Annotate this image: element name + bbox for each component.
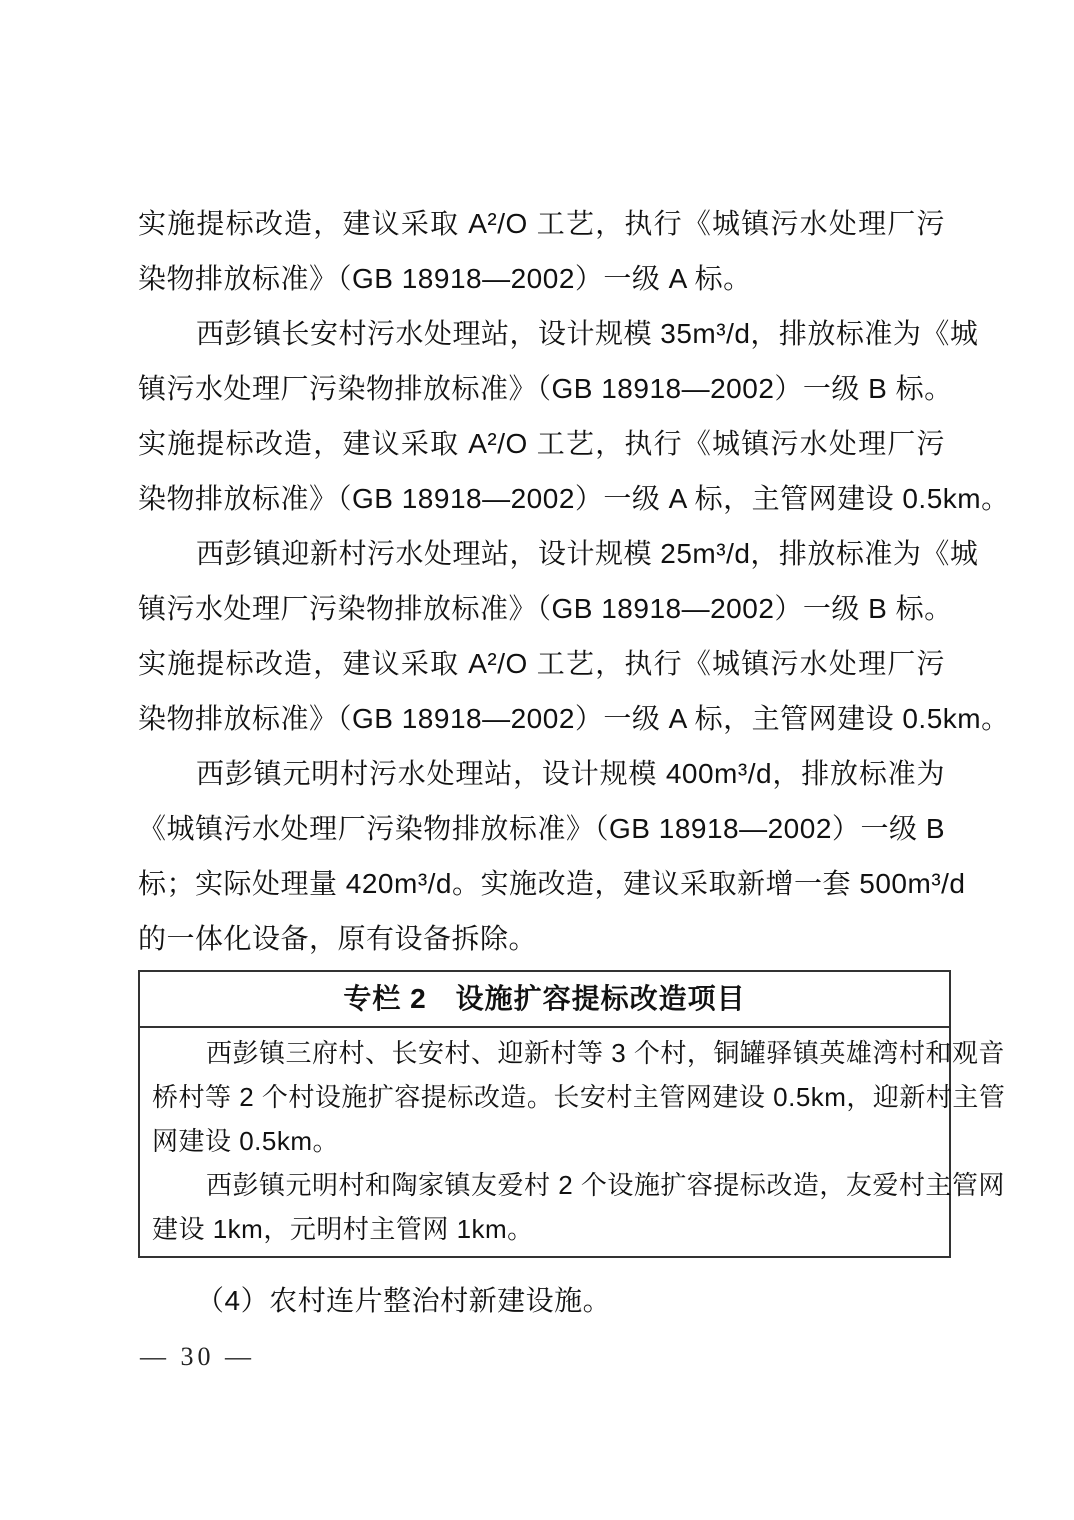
text-line: 镇污水处理厂污染物排放标准》（GB 18918—2002）一级 B 标。	[138, 581, 945, 636]
text-line: 建设 1km，元明村主管网 1km。	[152, 1207, 937, 1251]
text-line: 西彭镇迎新村污水处理站，设计规模 25m³/d，排放标准为《城	[138, 526, 945, 581]
callout-box-title: 专栏 2 设施扩容提标改造项目	[140, 972, 949, 1028]
body-paragraph: 西彭镇迎新村污水处理站，设计规模 25m³/d，排放标准为《城 镇污水处理厂污染…	[138, 526, 945, 746]
text-line: 镇污水处理厂污染物排放标准》（GB 18918—2002）一级 B 标。	[138, 361, 945, 416]
body-paragraph: 西彭镇元明村污水处理站，设计规模 400m³/d，排放标准为 《城镇污水处理厂污…	[138, 746, 945, 966]
text-line: 《城镇污水处理厂污染物排放标准》（GB 18918—2002）一级 B	[138, 801, 945, 856]
text-line: 标；实际处理量 420m³/d。实施改造，建议采取新增一套 500m³/d	[138, 856, 945, 911]
text-line: 西彭镇长安村污水处理站，设计规模 35m³/d，排放标准为《城	[138, 306, 945, 361]
text-line: 染物排放标准》（GB 18918—2002）一级 A 标，主管网建设 0.5km…	[138, 691, 945, 746]
document-page: 实施提标改造，建议采取 A²/O 工艺，执行《城镇污水处理厂污 染物排放标准》（…	[0, 0, 1074, 1520]
page-number: — 30 —	[140, 1342, 255, 1372]
text-line: 的一体化设备，原有设备拆除。	[138, 911, 945, 966]
text-line: 实施提标改造，建议采取 A²/O 工艺，执行《城镇污水处理厂污	[138, 196, 945, 251]
text-line: 染物排放标准》（GB 18918—2002）一级 A 标，主管网建设 0.5km…	[138, 471, 945, 526]
text-line: 西彭镇三府村、长安村、迎新村等 3 个村，铜罐驿镇英雄湾村和观音	[152, 1031, 937, 1075]
body-paragraph: 西彭镇长安村污水处理站，设计规模 35m³/d，排放标准为《城 镇污水处理厂污染…	[138, 306, 945, 526]
list-item-4: （4）农村连片整治村新建设施。	[138, 1273, 945, 1328]
callout-box: 专栏 2 设施扩容提标改造项目 西彭镇三府村、长安村、迎新村等 3 个村，铜罐驿…	[138, 970, 951, 1258]
text-line: 实施提标改造，建议采取 A²/O 工艺，执行《城镇污水处理厂污	[138, 416, 945, 471]
text-line: 染物排放标准》（GB 18918—2002）一级 A 标。	[138, 251, 945, 306]
body-paragraph: 实施提标改造，建议采取 A²/O 工艺，执行《城镇污水处理厂污 染物排放标准》（…	[138, 196, 945, 306]
callout-box-body: 西彭镇三府村、长安村、迎新村等 3 个村，铜罐驿镇英雄湾村和观音 桥村等 2 个…	[140, 1028, 949, 1256]
page-body: 实施提标改造，建议采取 A²/O 工艺，执行《城镇污水处理厂污 染物排放标准》（…	[138, 196, 945, 1328]
text-line: 网建设 0.5km。	[152, 1119, 937, 1163]
text-line: 桥村等 2 个村设施扩容提标改造。长安村主管网建设 0.5km，迎新村主管	[152, 1075, 937, 1119]
text-line: 实施提标改造，建议采取 A²/O 工艺，执行《城镇污水处理厂污	[138, 636, 945, 691]
text-line: 西彭镇元明村污水处理站，设计规模 400m³/d，排放标准为	[138, 746, 945, 801]
text-line: 西彭镇元明村和陶家镇友爱村 2 个设施扩容提标改造，友爱村主管网	[152, 1163, 937, 1207]
